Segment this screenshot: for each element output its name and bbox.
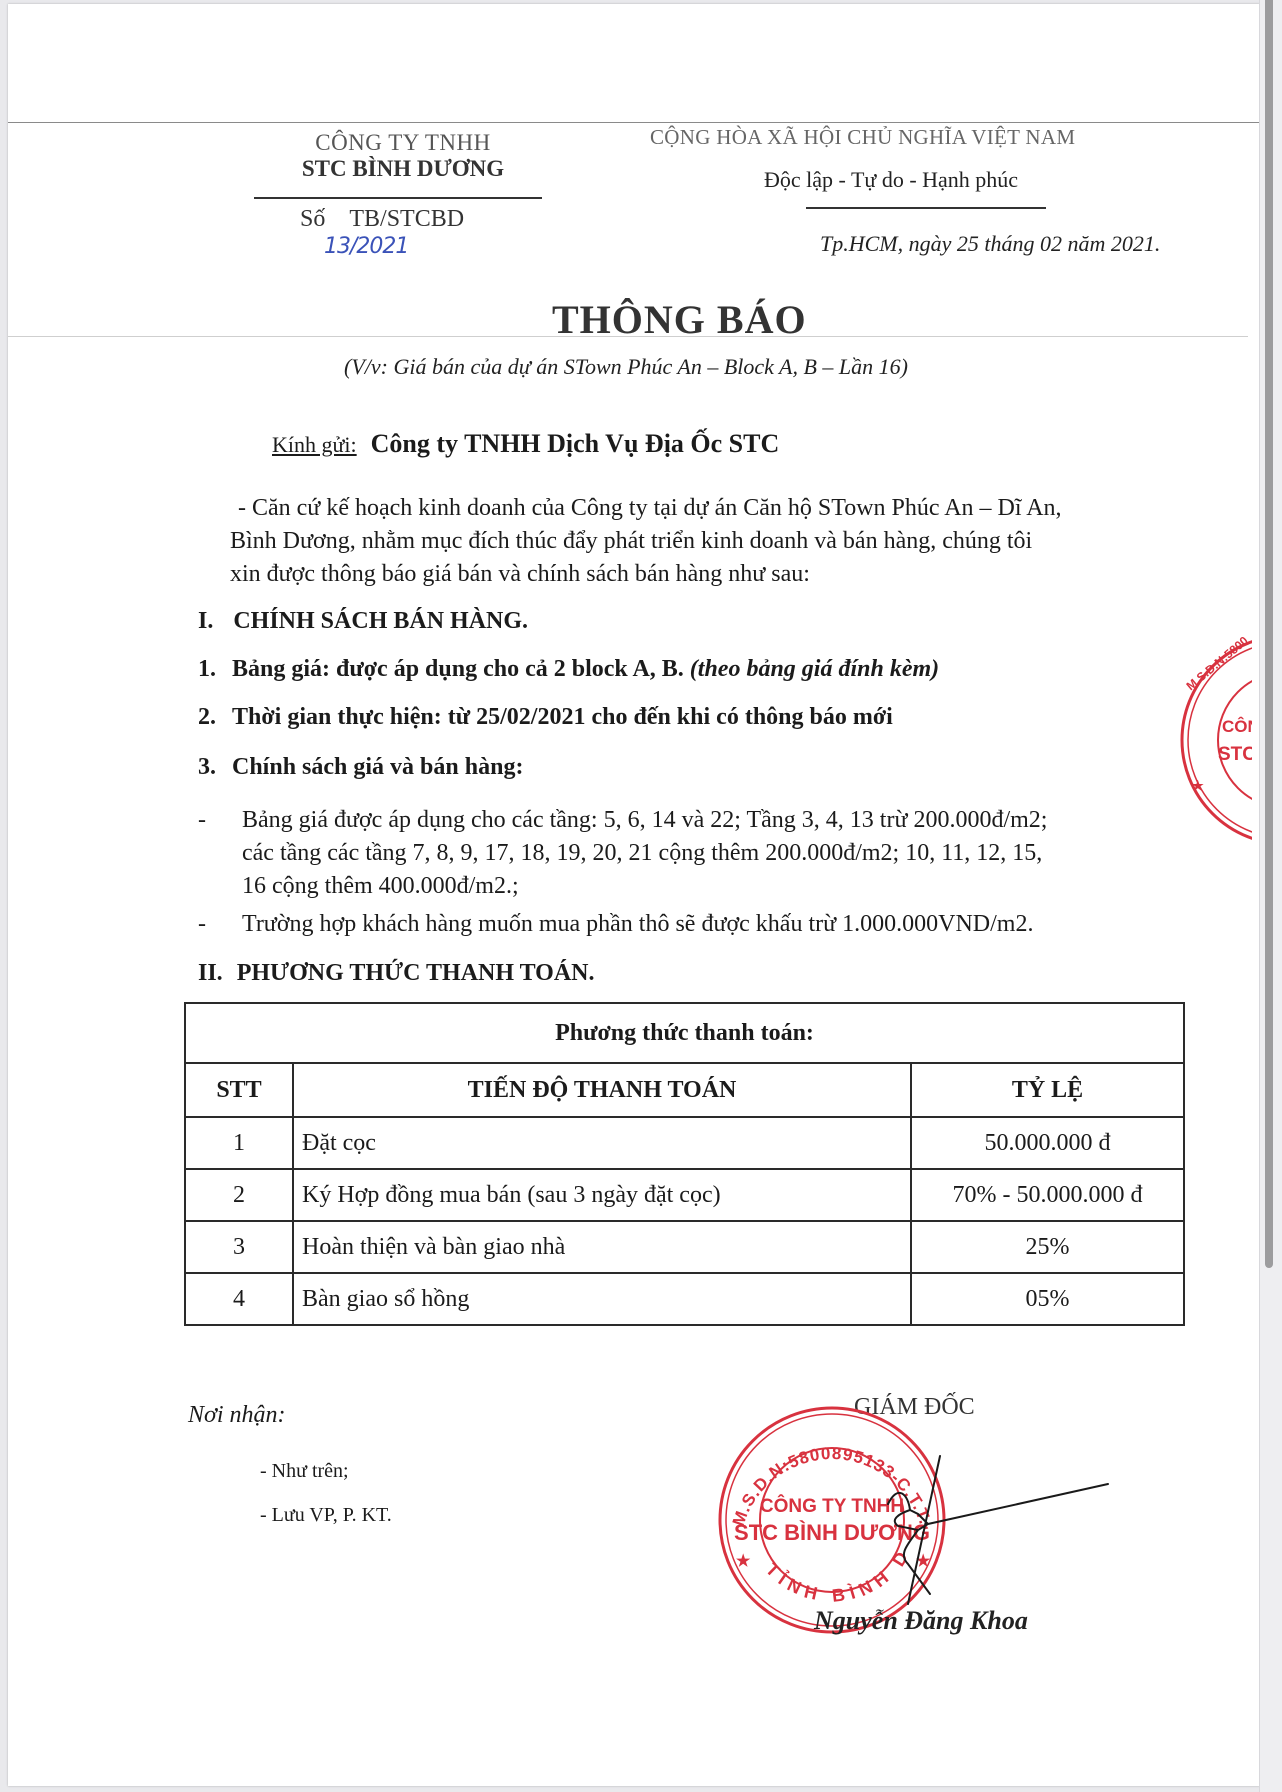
column-header-stt: STT — [185, 1063, 293, 1117]
table-row: 1 Đặt cọc 50.000.000 đ — [185, 1117, 1184, 1169]
item-text: Thời gian thực hiện: từ 25/02/2021 cho đ… — [232, 704, 893, 730]
recipients-title: Nơi nhận: — [188, 1402, 285, 1429]
notice-title: THÔNG BÁO — [552, 296, 807, 343]
document-page: CÔNG TY TNHH STC BÌNH DƯƠNG Số TB/STCBD … — [8, 4, 1260, 1786]
row-step: Hoàn thiện và bàn giao nhà — [293, 1221, 911, 1273]
bullet-dash: - — [198, 804, 206, 837]
table-caption: Phương thức thanh toán: — [185, 1003, 1184, 1063]
bullet-line: 16 cộng thêm 400.000đ/m2.; — [242, 870, 1047, 903]
section-1-title: CHÍNH SÁCH BÁN HÀNG. — [233, 608, 528, 634]
intro-paragraph: - Căn cứ kế hoạch kinh doanh của Công ty… — [230, 492, 1062, 591]
recipient-name: Công ty TNHH Dịch Vụ Địa Ốc STC — [371, 429, 780, 458]
intro-line: - Căn cứ kế hoạch kinh doanh của Công ty… — [230, 492, 1062, 525]
bullet-line: các tầng các tầng 7, 8, 9, 17, 18, 19, 2… — [242, 837, 1047, 870]
svg-text:M.S.D.N:5800: M.S.D.N:5800 — [1184, 633, 1251, 693]
row-rate: 70% - 50.000.000 đ — [911, 1169, 1184, 1221]
svg-text:CÔNG T: CÔNG T — [1222, 717, 1252, 736]
price-policy-bullet: - Bảng giá được áp dụng cho các tầng: 5,… — [198, 804, 1047, 903]
nation-title: CỘNG HÒA XÃ HỘI CHỦ NGHĨA VIỆT NAM — [650, 125, 1075, 150]
bullet-line: Bảng giá được áp dụng cho các tầng: 5, 6… — [242, 804, 1047, 837]
policy-item-1: 1. Bảng giá: được áp dụng cho cả 2 block… — [198, 656, 939, 683]
bullet-dash: - — [198, 908, 206, 941]
section-2-number: II. — [198, 960, 223, 986]
svg-text:★: ★ — [1192, 778, 1204, 793]
item-text: Bảng giá: được áp dụng cho cả 2 block A,… — [232, 656, 684, 682]
table-row: 2 Ký Hợp đồng mua bán (sau 3 ngày đặt cọ… — [185, 1169, 1184, 1221]
scan-line — [8, 122, 1268, 123]
section-2-heading: II. PHƯƠNG THỨC THANH TOÁN. — [198, 960, 595, 987]
recipients-item: - Lưu VP, P. KT. — [260, 1504, 392, 1527]
column-header-rate: TỶ LỆ — [911, 1063, 1184, 1117]
partial-stamp-icon: CÔNG T STC BÌN M.S.D.N:5800 ★ — [1176, 630, 1252, 850]
row-rate: 25% — [911, 1221, 1184, 1273]
item-number: 1. — [198, 656, 216, 682]
signer-name: Nguyễn Đăng Khoa — [814, 1606, 1028, 1636]
section-1-number: I. — [198, 608, 213, 634]
item-number: 2. — [198, 704, 216, 730]
row-step: Đặt cọc — [293, 1117, 911, 1169]
motto: Độc lập - Tự do - Hạnh phúc — [764, 167, 1018, 193]
signature-icon — [868, 1444, 1128, 1614]
scrollbar-thumb[interactable] — [1265, 0, 1273, 1268]
row-stt: 1 — [185, 1117, 293, 1169]
row-rate: 05% — [911, 1273, 1184, 1325]
row-stt: 2 — [185, 1169, 293, 1221]
row-rate: 50.000.000 đ — [911, 1117, 1184, 1169]
bullet-line: Trường hợp khách hàng muốn mua phần thô … — [242, 908, 1033, 941]
column-header-progress: TIẾN ĐỘ THANH TOÁN — [293, 1063, 911, 1117]
section-2-title: PHƯƠNG THỨC THANH TOÁN. — [237, 960, 595, 986]
scrollbar-track[interactable] — [1259, 0, 1282, 1792]
intro-line: Bình Dương, nhằm mục đích thúc đẩy phát … — [230, 525, 1062, 558]
doc-number-code: TB/STCBD — [349, 206, 464, 232]
item-number: 3. — [198, 754, 216, 780]
company-underline — [254, 197, 542, 199]
row-step: Ký Hợp đồng mua bán (sau 3 ngày đặt cọc) — [293, 1169, 911, 1221]
doc-number-label: Số — [300, 206, 325, 232]
doc-number-handwritten: 13/2021 — [324, 234, 408, 259]
row-stt: 4 — [185, 1273, 293, 1325]
policy-item-3: 3. Chính sách giá và bán hàng: — [198, 754, 523, 781]
section-1-heading: I. CHÍNH SÁCH BÁN HÀNG. — [198, 608, 528, 635]
row-stt: 3 — [185, 1221, 293, 1273]
svg-text:★: ★ — [736, 1553, 751, 1570]
item-text: Chính sách giá và bán hàng: — [232, 754, 523, 780]
table-row: 3 Hoàn thiện và bàn giao nhà 25% — [185, 1221, 1184, 1273]
item-note: (theo bảng giá đính kèm) — [690, 656, 939, 682]
recipient: Kính gửi: Công ty TNHH Dịch Vụ Địa Ốc ST… — [272, 429, 779, 459]
row-step: Bàn giao sổ hồng — [293, 1273, 911, 1325]
table-row: 4 Bàn giao sổ hồng 05% — [185, 1273, 1184, 1325]
recipients-item: - Như trên; — [260, 1460, 349, 1483]
motto-underline — [806, 207, 1046, 209]
svg-text:STC BÌN: STC BÌN — [1218, 743, 1252, 765]
raw-purchase-bullet: - Trường hợp khách hàng muốn mua phần th… — [198, 908, 1033, 941]
company-line1: CÔNG TY TNHH — [233, 130, 573, 156]
payment-table: Phương thức thanh toán: STT TIẾN ĐỘ THAN… — [184, 1002, 1185, 1326]
date-line: Tp.HCM, ngày 25 tháng 02 năm 2021. — [820, 231, 1160, 257]
policy-item-2: 2. Thời gian thực hiện: từ 25/02/2021 ch… — [198, 704, 893, 731]
company-line2: STC BÌNH DƯƠNG — [233, 156, 573, 182]
company-name: CÔNG TY TNHH STC BÌNH DƯƠNG — [233, 130, 573, 182]
recipient-label: Kính gửi: — [272, 432, 357, 457]
intro-line: xin được thông báo giá bán và chính sách… — [230, 558, 1062, 591]
notice-subject: (V/v: Giá bán của dự án STown Phúc An – … — [344, 354, 908, 380]
doc-number: Số TB/STCBD — [300, 206, 464, 233]
